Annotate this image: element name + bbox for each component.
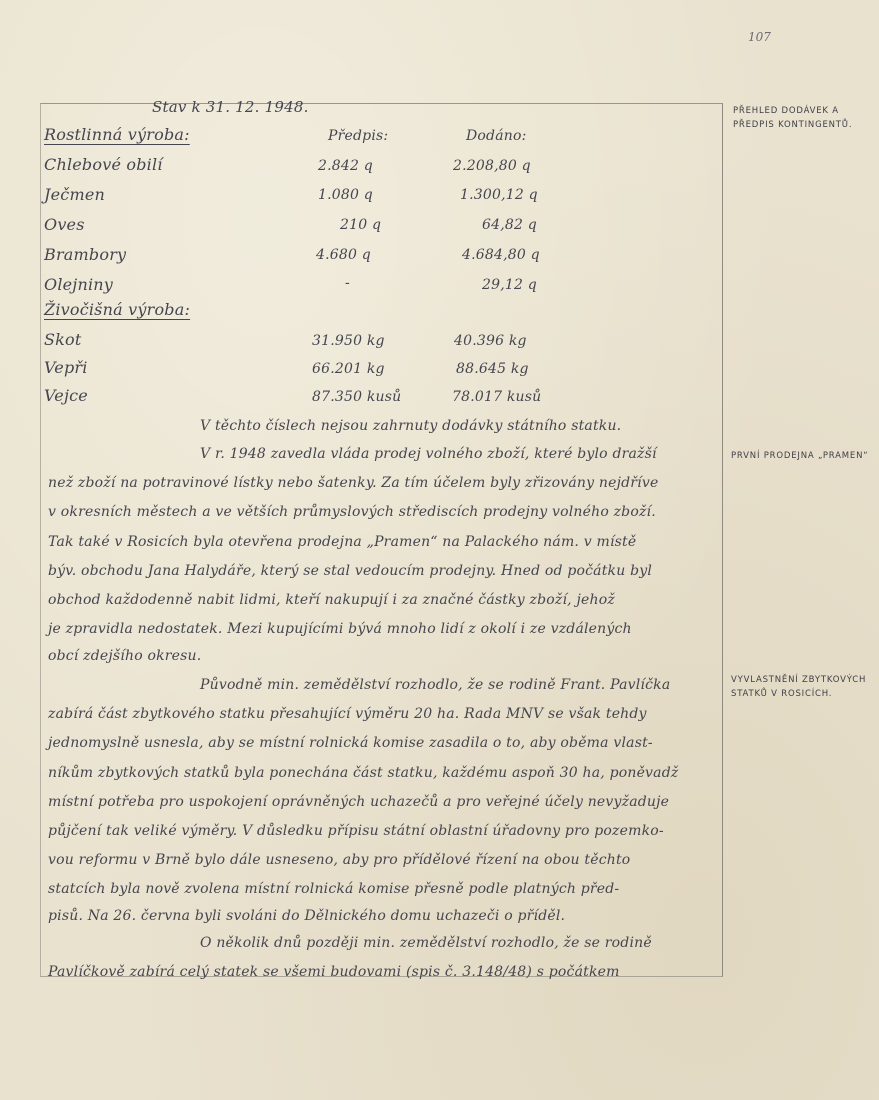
paragraph-line: O několik dnů později min. zemědělství r…	[200, 935, 652, 951]
paragraph-line: je zpravidla nedostatek. Mezi kupujícími…	[48, 621, 632, 637]
row-prescribed: 66.201 kg	[312, 361, 385, 377]
row-prescribed: -	[345, 275, 350, 291]
row-item: Vejce	[44, 386, 88, 405]
row-delivered: 40.396 kg	[454, 333, 527, 349]
row-prescribed: 87.350 kusů	[312, 389, 401, 405]
row-prescribed: 2.842 q	[318, 158, 373, 174]
margin-note-expropriation: Vyvlastnění zbytkových statků v Rosicích…	[731, 673, 866, 701]
column-header-delivered: Dodáno:	[466, 128, 527, 144]
paragraph-line: než zboží na potravinové lístky nebo šat…	[48, 475, 658, 491]
row-item: Brambory	[44, 245, 126, 264]
row-delivered: 1.300,12 q	[460, 187, 538, 203]
paragraph-line: pisů. Na 26. června byli svoláni do Děln…	[48, 908, 565, 924]
paragraph-line: půjčení tak veliké výměry. V důsledku př…	[48, 823, 664, 839]
paragraph-line: obchod každodenně nabit lidmi, kteří nak…	[48, 592, 615, 608]
row-prescribed: 210 q	[340, 217, 381, 233]
row-delivered: 4.684,80 q	[462, 247, 540, 263]
paragraph-line: zabírá část zbytkového statku přesahujíc…	[48, 706, 647, 722]
row-item: Vepři	[44, 358, 88, 377]
paragraph-line: V r. 1948 zavedla vláda prodej volného z…	[200, 446, 657, 462]
paragraph-line: vou reformu v Brně bylo dále usneseno, a…	[48, 852, 630, 868]
report-title: Stav k 31. 12. 1948.	[152, 98, 309, 116]
paragraph-line: v okresních městech a ve větších průmysl…	[48, 504, 656, 520]
paragraph-line: místní potřeba pro uspokojení oprávněnýc…	[48, 794, 669, 810]
row-delivered: 78.017 kusů	[452, 389, 541, 405]
row-delivered: 2.208,80 q	[453, 158, 531, 174]
row-prescribed: 4.680 q	[316, 247, 371, 263]
paragraph-line: býv. obchodu Jana Halydáře, který se sta…	[48, 563, 652, 579]
row-prescribed: 1.080 q	[318, 187, 373, 203]
paragraph-line: statcích byla nově zvolena místní rolnic…	[48, 881, 619, 897]
row-item: Oves	[44, 215, 85, 234]
row-item: Skot	[44, 330, 82, 349]
paragraph-line: níkům zbytkových statků byla ponechána č…	[48, 765, 678, 781]
paragraph-line: V těchto číslech nejsou zahrnuty dodávky…	[200, 418, 621, 434]
paragraph-line: jednomyslně usnesla, aby se místní rolni…	[48, 735, 653, 751]
paragraph-line: Původně min. zemědělství rozhodlo, že se…	[200, 677, 670, 693]
section-animal-production: Živočišná výroba:	[44, 300, 190, 319]
margin-note-first-pramen-store: První prodejna „Pramen“	[731, 449, 868, 463]
row-item: Ječmen	[44, 185, 105, 204]
paragraph-line: obcí zdejšího okresu.	[48, 648, 201, 664]
column-header-prescribed: Předpis:	[328, 128, 388, 144]
row-delivered: 88.645 kg	[456, 361, 529, 377]
row-prescribed: 31.950 kg	[312, 333, 385, 349]
row-item: Olejniny	[44, 275, 113, 294]
paragraph-line: Pavlíčkově zabírá celý statek se všemi b…	[48, 964, 620, 980]
row-delivered: 29,12 q	[482, 277, 537, 293]
page-number: 107	[748, 30, 771, 44]
row-delivered: 64,82 q	[482, 217, 537, 233]
margin-note-deliveries-overview: Přehled dodávek a předpis kontingentů.	[733, 104, 852, 132]
row-item: Chlebové obilí	[44, 155, 163, 174]
paragraph-line: Tak také v Rosicích byla otevřena prodej…	[48, 534, 636, 550]
section-plant-production: Rostlinná výroba:	[44, 125, 190, 144]
